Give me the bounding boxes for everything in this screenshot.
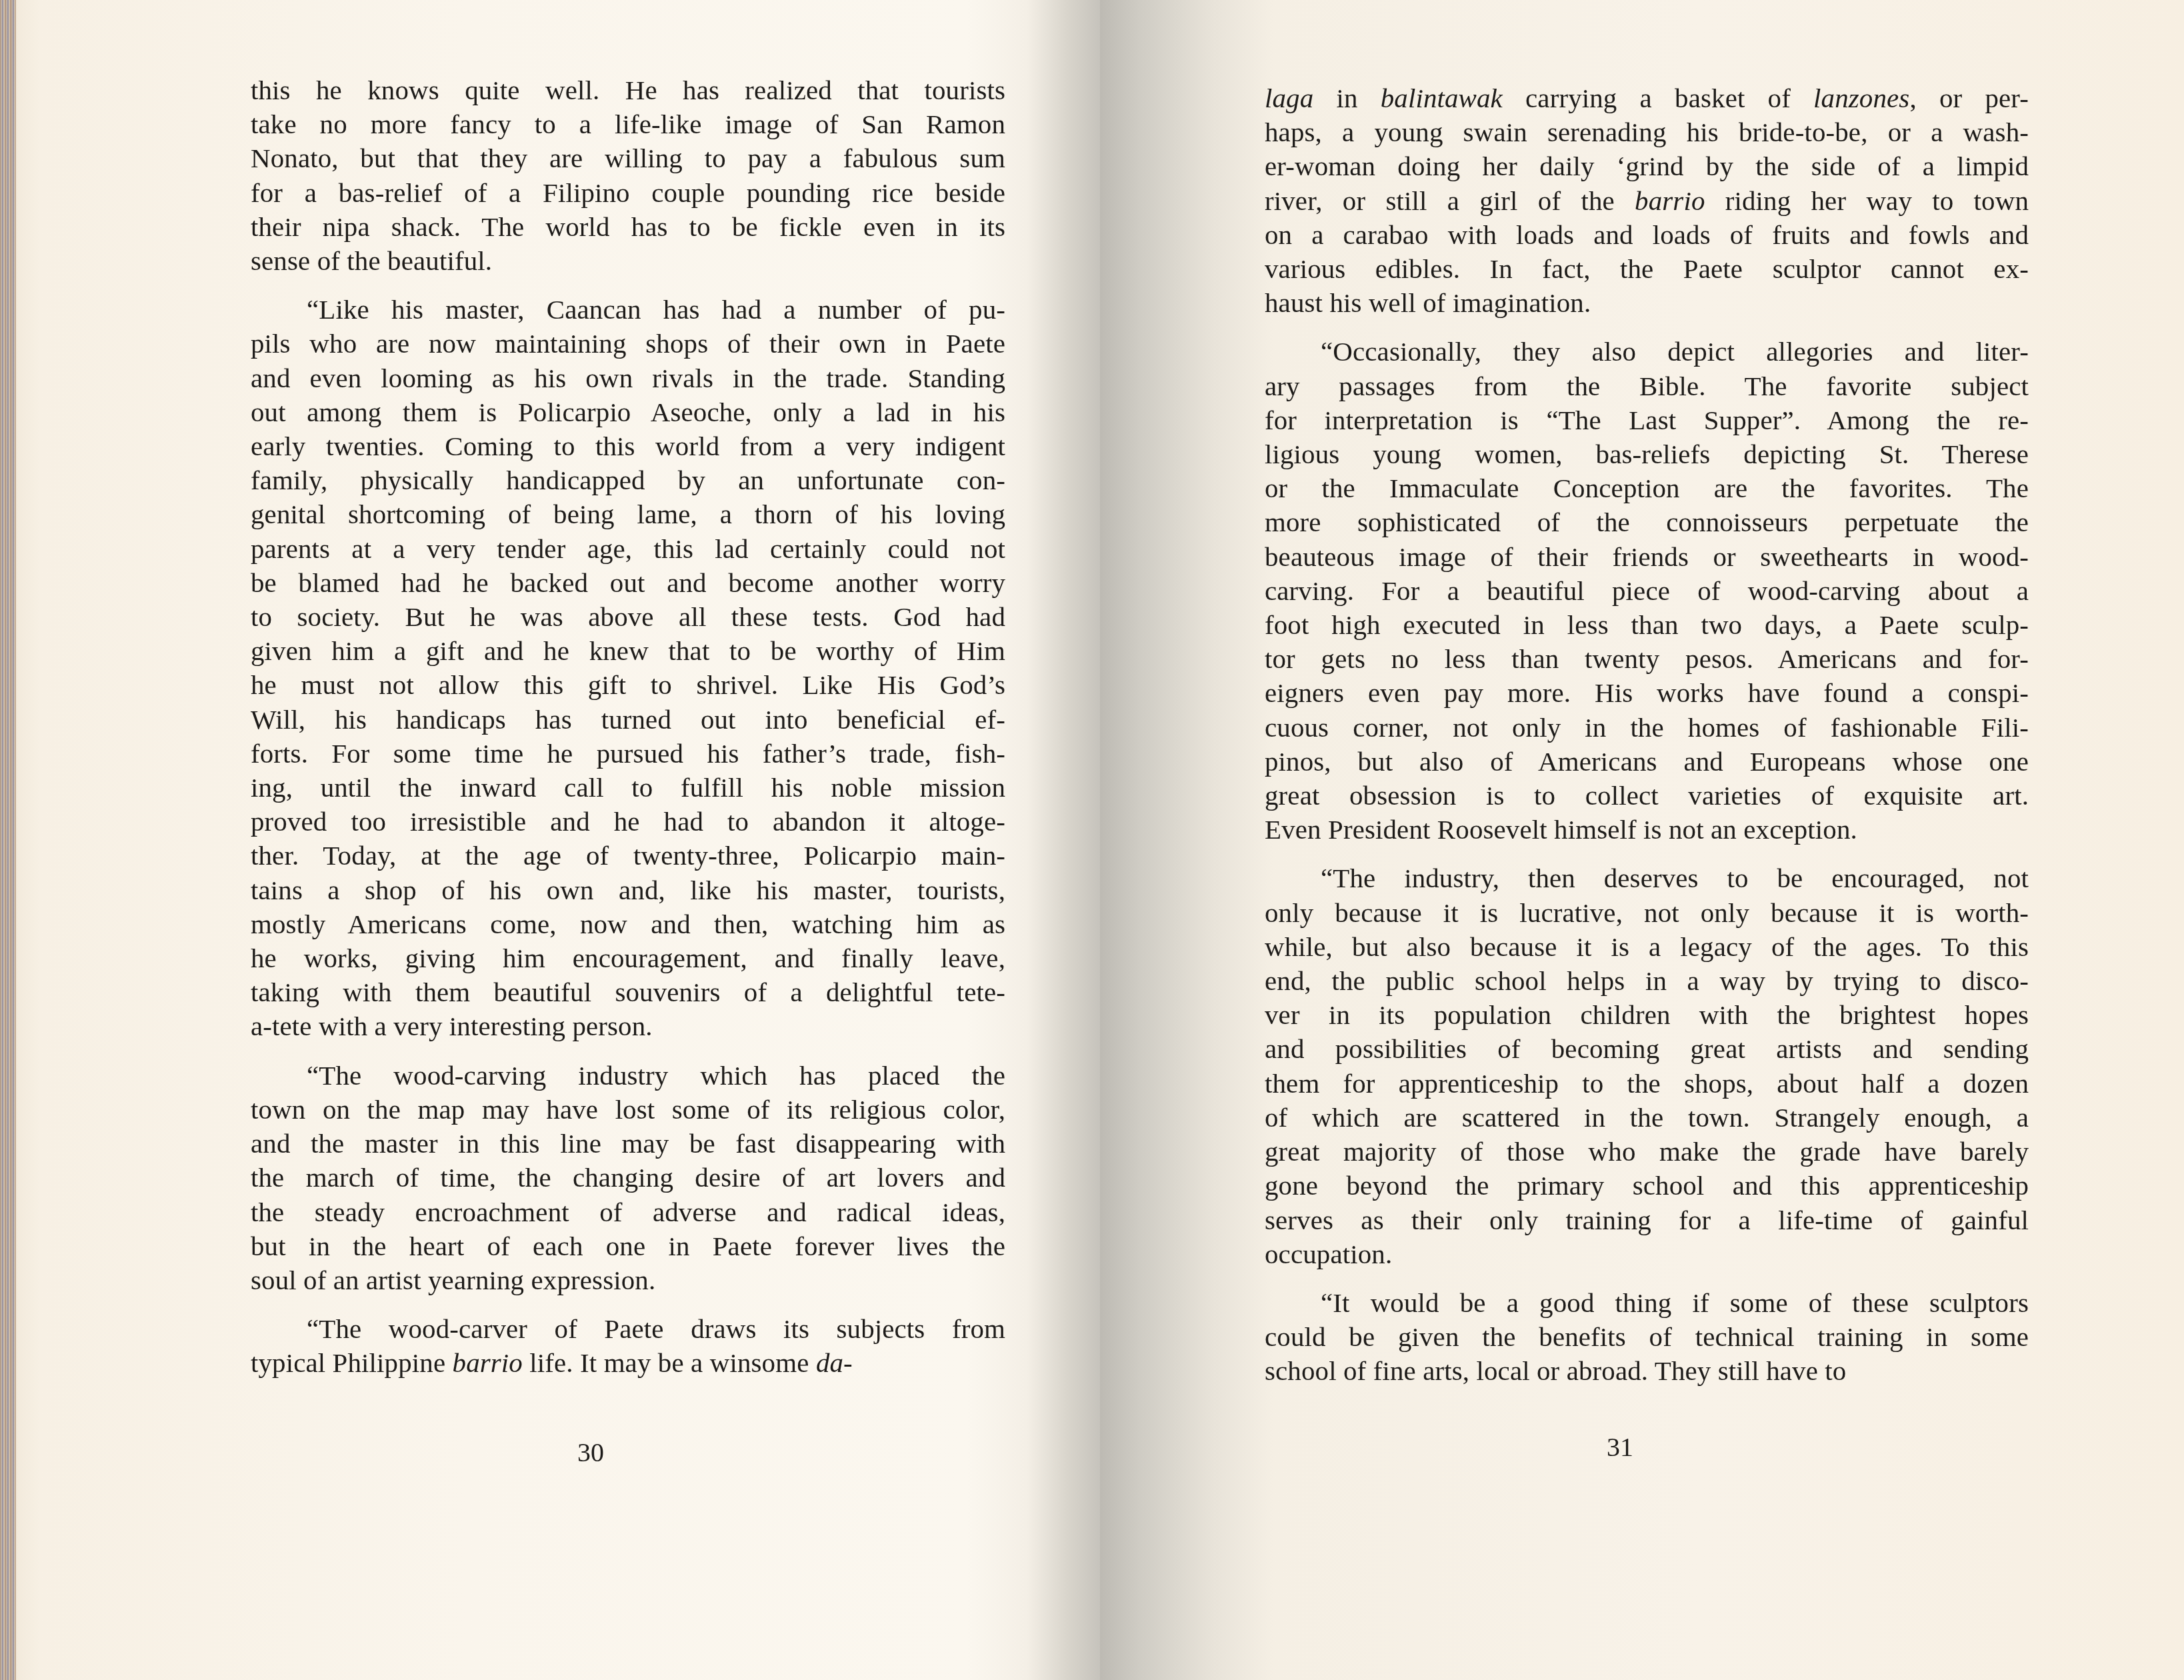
text-line: the march of time, the changing desire o…: [251, 1161, 1005, 1195]
page-edges: [0, 0, 16, 1680]
book-spread: this he knows quite well. He has realize…: [0, 0, 2184, 1680]
text-line: tor gets no less than twenty pesos. Amer…: [1265, 642, 2029, 676]
text-line: early twenties. Coming to this world fro…: [251, 429, 1005, 463]
text-line: typical Philippine barrio life. It may b…: [251, 1346, 1005, 1380]
text-line: for interpretation is “The Last Supper”.…: [1265, 403, 2029, 437]
text-line: “The wood-carver of Paete draws its subj…: [251, 1312, 1005, 1346]
text-line: great obsession is to collect varieties …: [1265, 779, 2029, 813]
text-line: them for apprenticeship to the shops, ab…: [1265, 1067, 2029, 1101]
text-line: Will, his handicaps has turned out into …: [251, 703, 1005, 737]
text-line: he works, giving him encouragement, and …: [251, 941, 1005, 975]
text-line: out among them is Policarpio Aseoche, on…: [251, 395, 1005, 429]
text-line: family, physically handicapped by an unf…: [251, 463, 1005, 497]
text-line: Nonato, but that they are willing to pay…: [251, 141, 1005, 175]
text-line: parents at a very tender age, this lad c…: [251, 532, 1005, 566]
text-line: great majority of those who make the gra…: [1265, 1135, 2029, 1169]
text-line: “The wood-carving industry which has pla…: [251, 1059, 1005, 1093]
text-line: could be given the benefits of technical…: [1265, 1320, 2029, 1354]
text-line: be blamed had he backed out and become a…: [251, 566, 1005, 600]
text-line: various edibles. In fact, the Paete scul…: [1265, 252, 2029, 286]
text-line: carving. For a beautiful piece of wood-c…: [1265, 574, 2029, 608]
text-line: while, but also because it is a legacy o…: [1265, 930, 2029, 964]
text-line: river, or still a girl of the barrio rid…: [1265, 184, 2029, 218]
text-line: mostly Americans come, now and then, wat…: [251, 907, 1005, 941]
paragraph: “Occasionally, they also depict allegori…: [1265, 335, 2029, 847]
text-line: er-woman doing her daily ‘grind by the s…: [1265, 149, 2029, 183]
text-line: or the Immaculate Conception are the fav…: [1265, 471, 2029, 505]
text-line: he must not allow this gift to shrivel. …: [251, 668, 1005, 702]
right-page-body: laga in balintawak carrying a basket of …: [1265, 81, 2029, 1403]
text-line: tains a shop of his own and, like his ma…: [251, 873, 1005, 907]
text-line: taking with them beautiful souvenirs of …: [251, 975, 1005, 1009]
text-line: “Like his master, Caancan has had a numb…: [251, 293, 1005, 327]
text-line: haust his well of imagination.: [1265, 286, 2029, 320]
text-line: a-tete with a very interesting person.: [251, 1009, 1005, 1043]
text-line: but in the heart of each one in Paete fo…: [251, 1229, 1005, 1263]
paragraph: “The wood-carving industry which has pla…: [251, 1059, 1005, 1297]
text-line: foot high executed in less than two days…: [1265, 608, 2029, 642]
text-line: “The industry, then deserves to be encou…: [1265, 861, 2029, 895]
text-line: gone beyond the primary school and this …: [1265, 1169, 2029, 1203]
text-line: the steady encroachment of adverse and r…: [251, 1195, 1005, 1229]
page-number-right: 31: [1607, 1431, 1633, 1463]
text-line: and even looming as his own rivals in th…: [251, 361, 1005, 395]
page-number-left: 30: [577, 1437, 604, 1468]
text-line: given him a gift and he knew that to be …: [251, 634, 1005, 668]
text-line: this he knows quite well. He has realize…: [251, 73, 1005, 107]
text-line: “It would be a good thing if some of the…: [1265, 1286, 2029, 1320]
paragraph: laga in balintawak carrying a basket of …: [1265, 81, 2029, 320]
text-line: ther. Today, at the age of twenty-three,…: [251, 839, 1005, 873]
text-line: forts. For some time he pursued his fath…: [251, 737, 1005, 771]
text-line: only because it is lucrative, not only b…: [1265, 896, 2029, 930]
left-page-body: this he knows quite well. He has realize…: [251, 73, 1005, 1395]
text-line: and the master in this line may be fast …: [251, 1127, 1005, 1161]
paragraph: this he knows quite well. He has realize…: [251, 73, 1005, 278]
text-line: town on the map may have lost some of it…: [251, 1093, 1005, 1127]
text-line: beauteous image of their friends or swee…: [1265, 540, 2029, 574]
text-line: more sophisticated of the connoisseurs p…: [1265, 505, 2029, 539]
text-line: take no more fancy to a life-like image …: [251, 107, 1005, 141]
text-line: laga in balintawak carrying a basket of …: [1265, 81, 2029, 115]
text-line: proved too irresistible and he had to ab…: [251, 805, 1005, 839]
text-line: of which are scattered in the town. Stra…: [1265, 1101, 2029, 1135]
paragraph: “The wood-carver of Paete draws its subj…: [251, 1312, 1005, 1380]
text-line: their nipa shack. The world has to be fi…: [251, 210, 1005, 244]
text-line: serves as their only training for a life…: [1265, 1203, 2029, 1237]
text-line: pils who are now maintaining shops of th…: [251, 327, 1005, 361]
text-line: cuous corner, not only in the homes of f…: [1265, 711, 2029, 745]
paragraph: “The industry, then deserves to be encou…: [1265, 861, 2029, 1271]
text-line: ing, until the inward call to fulfill hi…: [251, 771, 1005, 805]
text-line: sense of the beautiful.: [251, 244, 1005, 278]
text-line: ary passages from the Bible. The favorit…: [1265, 369, 2029, 403]
text-line: and possibilities of becoming great arti…: [1265, 1032, 2029, 1066]
text-line: “Occasionally, they also depict allegori…: [1265, 335, 2029, 369]
left-page: this he knows quite well. He has realize…: [0, 0, 1100, 1680]
text-line: to society. But he was above all these t…: [251, 600, 1005, 634]
text-line: on a carabao with loads and loads of fru…: [1265, 218, 2029, 252]
text-line: school of fine arts, local or abroad. Th…: [1265, 1354, 2029, 1388]
paragraph: “It would be a good thing if some of the…: [1265, 1286, 2029, 1389]
paragraph: “Like his master, Caancan has had a numb…: [251, 293, 1005, 1043]
text-line: pinos, but also of Americans and Europea…: [1265, 745, 2029, 779]
text-line: occupation.: [1265, 1237, 2029, 1271]
text-line: end, the public school helps in a way by…: [1265, 964, 2029, 998]
text-line: eigners even pay more. His works have fo…: [1265, 676, 2029, 710]
text-line: Even President Roosevelt himself is not …: [1265, 813, 2029, 847]
text-line: genital shortcoming of being lame, a tho…: [251, 497, 1005, 531]
text-line: haps, a young swain serenading his bride…: [1265, 115, 2029, 149]
text-line: ligious young women, bas-reliefs depicti…: [1265, 437, 2029, 471]
text-line: for a bas-relief of a Filipino couple po…: [251, 176, 1005, 210]
text-line: soul of an artist yearning expression.: [251, 1263, 1005, 1297]
text-line: ver in its population children with the …: [1265, 998, 2029, 1032]
